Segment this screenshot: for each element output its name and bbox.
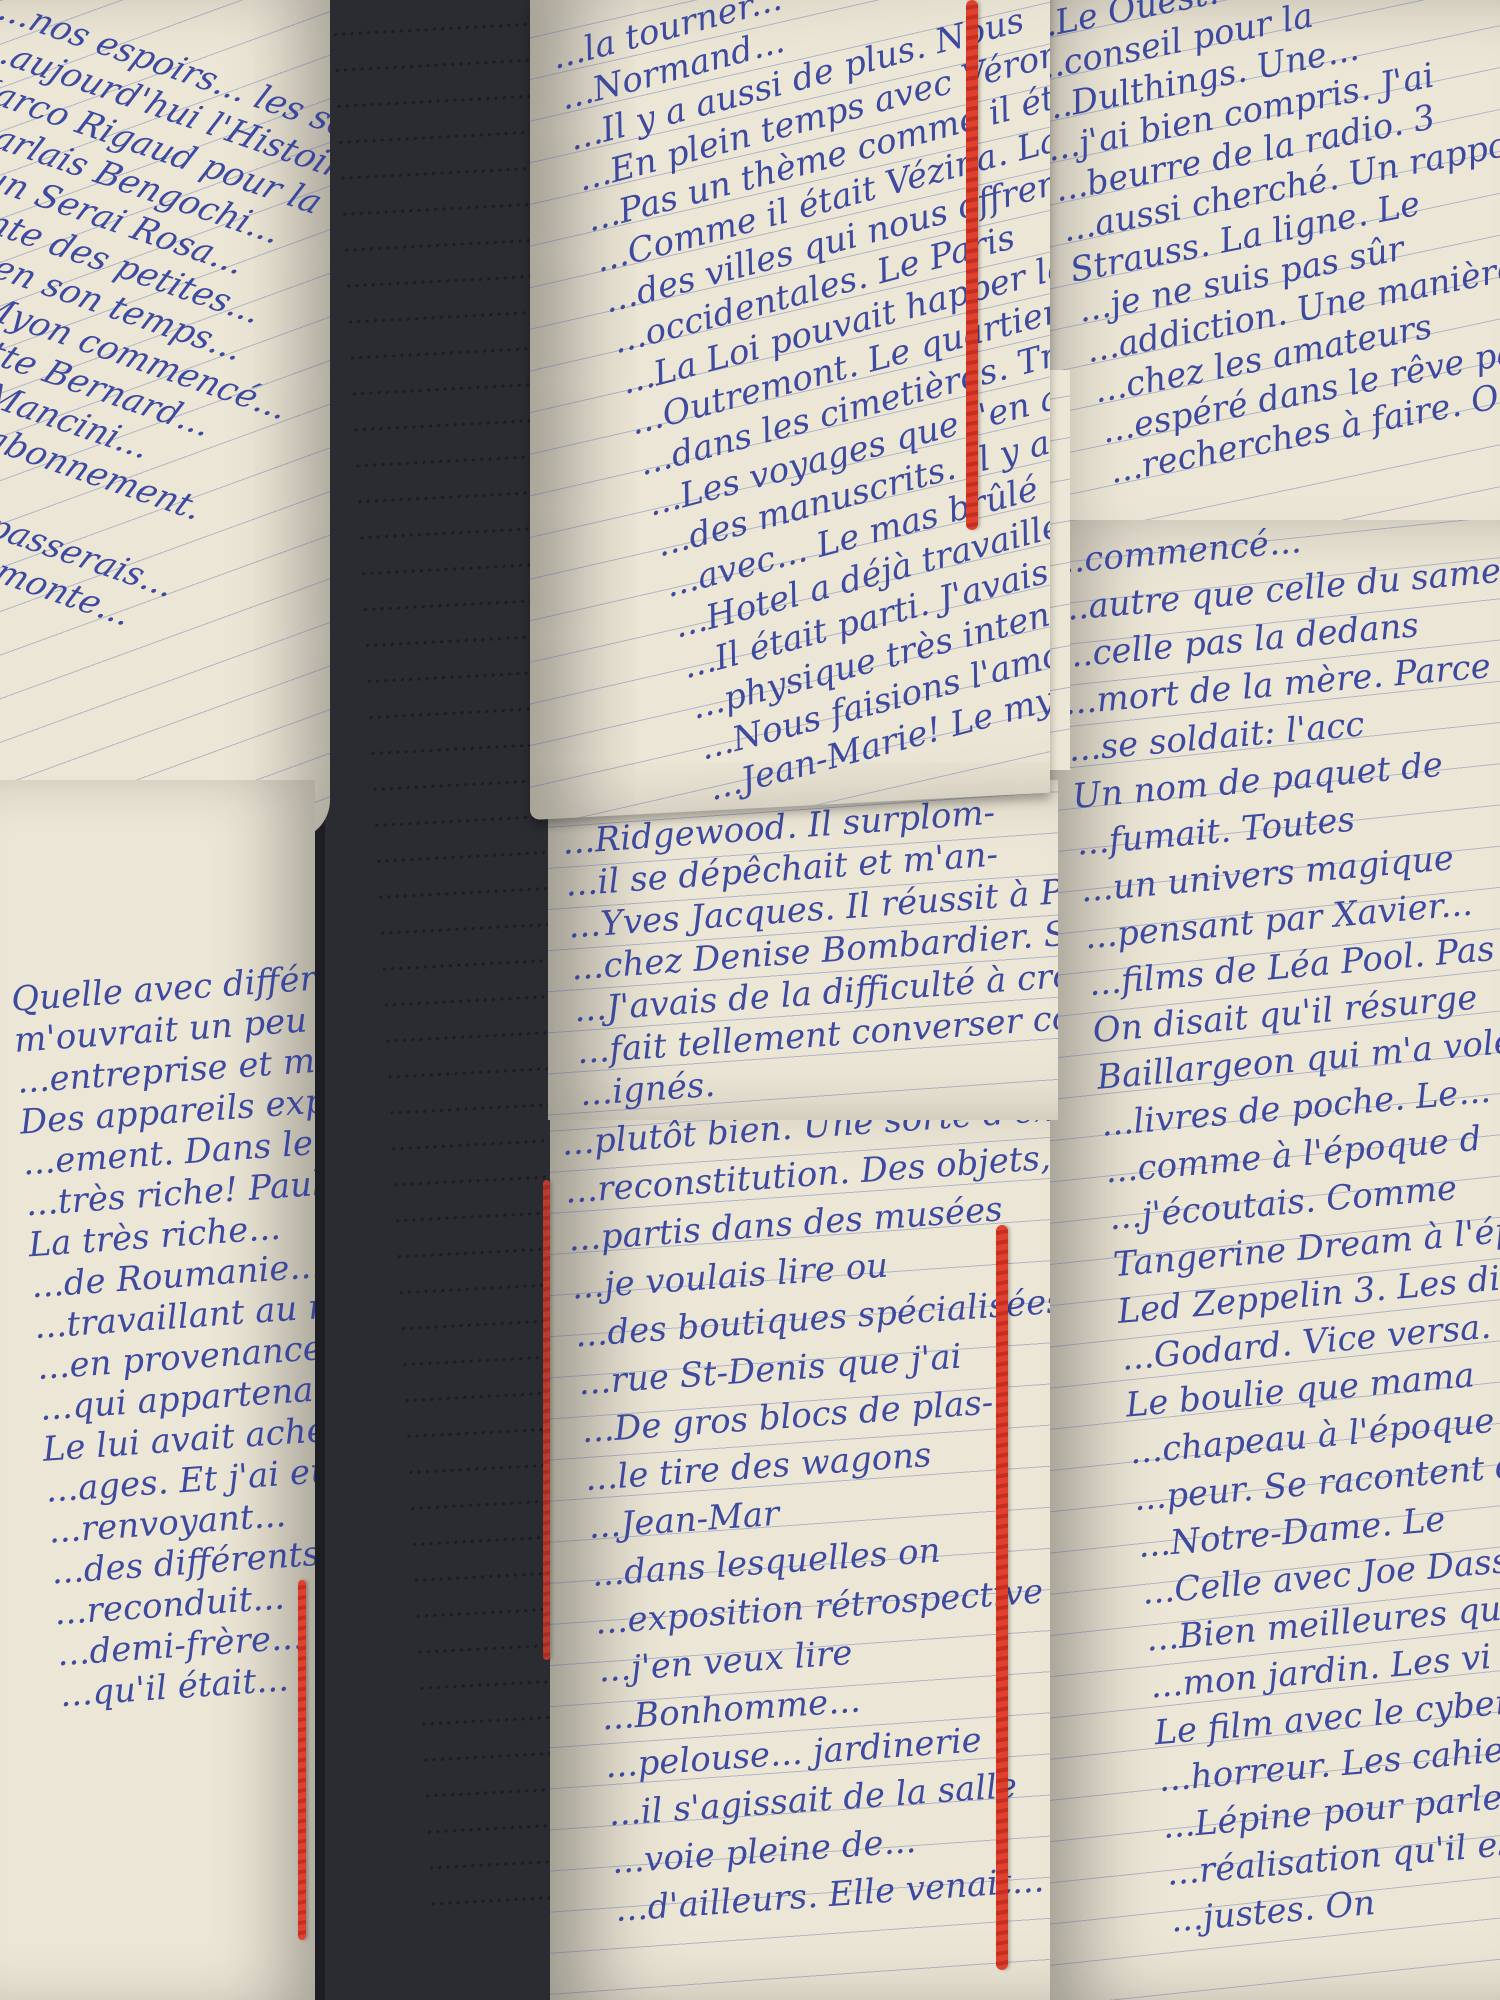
middle-sheet-bottom: ...plutôt bien. Une sorte d'expo- ...rec… bbox=[550, 1100, 1050, 2000]
red-thread-side bbox=[543, 1180, 550, 1660]
left-sheet-bottom: Quelle avec différentes versions... m'ou… bbox=[0, 780, 315, 2000]
backdrop-text: ........................................… bbox=[330, 0, 555, 1915]
red-thread-top bbox=[966, 0, 978, 530]
right-sheet-main: ...commencé... ...autre que celle du sam… bbox=[1040, 520, 1500, 2000]
backdrop-panel: ........................................… bbox=[325, 0, 555, 2000]
red-thread bbox=[298, 1580, 306, 1940]
middle-sheet-mid: ...accompagnés au Ritz... ...Ridgewood. … bbox=[548, 780, 1058, 1120]
photo-scene: ........................................… bbox=[0, 0, 1500, 2000]
left-sheet-top: ...nos espoirs... les sessions ...aujour… bbox=[0, 0, 330, 840]
red-thread-bottom bbox=[996, 1225, 1008, 1970]
right-sheet-top: ...Le Ouest. Une manière ...conseil pour… bbox=[1010, 0, 1500, 570]
